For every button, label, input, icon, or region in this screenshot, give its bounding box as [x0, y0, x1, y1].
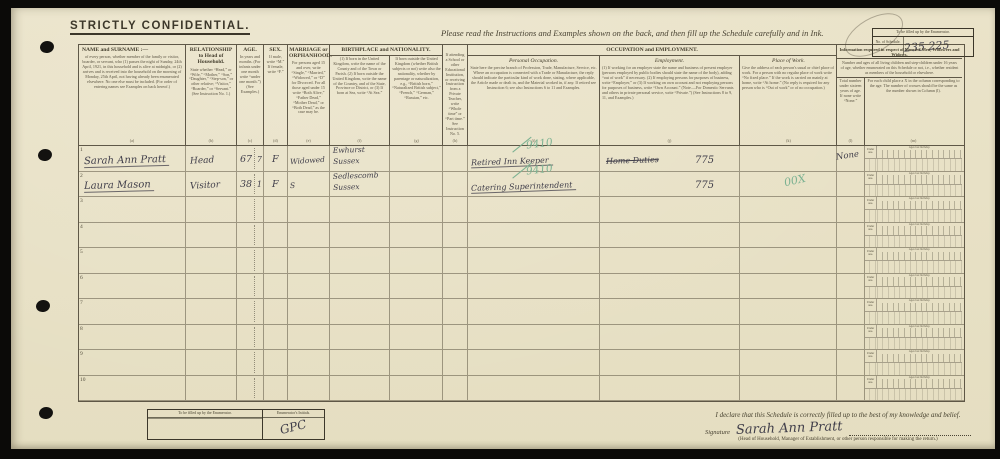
cell-sex: F [264, 172, 288, 197]
occupation-code-annotation: 9410 [525, 136, 553, 151]
cell-relationship: Head [186, 146, 237, 171]
cell-marriage [288, 248, 330, 273]
cell-sex [264, 274, 288, 299]
column-group-occupation-employment: OCCUPATION and EMPLOYMENT. Personal Occu… [468, 45, 837, 145]
cell-sex [264, 299, 288, 324]
fill-in-instruction: Please read the Instructions and Example… [441, 28, 841, 38]
cell-occupation [468, 223, 600, 248]
cell-age [237, 223, 264, 248]
cell-sex [264, 350, 288, 375]
summary-heading: To be filled up by the Enumerator. [148, 410, 262, 418]
cell-occupation [468, 197, 600, 222]
under-one-label: Under one. [865, 146, 877, 158]
under-one-label: Under one. [865, 274, 877, 286]
children-ages-cells [865, 261, 962, 273]
column-header-children-ages: For each child place a X in the column c… [865, 78, 962, 145]
cell-education [443, 376, 468, 401]
under-one-label: Under one. [865, 197, 877, 209]
cell-birthplace [330, 350, 390, 375]
cell-birthplace: Sedlescomb Sussex [330, 172, 390, 197]
cell-children-ages-grid: Under one. Ages last birthday. [865, 172, 962, 197]
children-total-entry: None [835, 149, 859, 162]
row-number: 7 [80, 300, 83, 306]
cell-sex [264, 325, 288, 350]
cell-children-total [837, 223, 865, 248]
cell-relationship [186, 223, 237, 248]
cell-relationship [186, 274, 237, 299]
children-ages-cells [865, 312, 962, 324]
age-tick-label [955, 226, 961, 234]
age-months-entry: 1 [257, 180, 262, 189]
age-tick-label [955, 201, 961, 209]
cell-employment: 775 [600, 172, 740, 197]
cell-marriage [288, 325, 330, 350]
cell-relationship [186, 248, 237, 273]
column-header-sex: SEX. If male, write “M.” If female, writ… [264, 45, 288, 145]
table-row: 6 [79, 274, 964, 300]
declaration-text: I declare that this Schedule is correctl… [699, 411, 977, 419]
cell-place-of-work: 00X [740, 172, 837, 197]
cell-name: 8 [79, 325, 186, 350]
cell-place-of-work [740, 274, 837, 299]
place-of-work-code-annotation: 00X [783, 171, 807, 188]
column-header-marriage: MARRIAGE or ORPHANHOOD. For persons aged… [288, 45, 330, 145]
cell-children-ages-grid: Under one. Ages last birthday. [865, 325, 962, 350]
occupation-code-annotation: 9410 [525, 162, 553, 177]
cell-birthplace [330, 197, 390, 222]
cell-marriage [288, 274, 330, 299]
cell-sex: F [264, 146, 288, 171]
children-ages-cells [865, 159, 962, 171]
cell-occupation [468, 376, 600, 401]
cell-birthplace [330, 325, 390, 350]
children-ages-cells [865, 338, 962, 350]
cell-employment [600, 197, 740, 222]
cell-nationality [390, 172, 443, 197]
cell-occupation [468, 274, 600, 299]
age-tick-label [955, 150, 961, 158]
birthplace-entry: Sedlescomb Sussex [333, 169, 390, 193]
employment-code-entry: 775 [695, 155, 714, 166]
cell-birthplace [330, 274, 390, 299]
cell-name: 6 [79, 274, 186, 299]
cell-relationship [186, 197, 237, 222]
cell-age [237, 197, 264, 222]
cell-name: 9 [79, 350, 186, 375]
signature-dotted-line [849, 425, 971, 436]
row-number: 3 [80, 198, 83, 204]
cell-age [237, 274, 264, 299]
cell-education [443, 146, 468, 171]
cell-children-total: None [837, 146, 865, 171]
cell-children-total [837, 299, 865, 324]
column-header-relationship: RELATIONSHIP to Head of Household. State… [186, 45, 237, 145]
table-row: 7 [79, 299, 964, 325]
name-entry: Sarah Ann Pratt [84, 153, 169, 167]
cell-children-total [837, 325, 865, 350]
cell-children-ages-grid: Under one. Ages last birthday. [865, 299, 962, 324]
sex-entry: F [272, 154, 279, 165]
marriage-entry: S [290, 181, 296, 190]
table-row: 5 [79, 248, 964, 274]
children-ages-cells [865, 236, 962, 248]
cell-birthplace: Ewhurst Sussex [330, 146, 390, 171]
cell-birthplace [330, 248, 390, 273]
cell-name: 7 [79, 299, 186, 324]
cell-age: 67 7 [237, 146, 264, 171]
cell-employment [600, 325, 740, 350]
cell-relationship [186, 376, 237, 401]
enumerator-summary-box: To be filled up by the Enumerator. Enume… [147, 409, 325, 440]
cell-children-ages-grid: Under one. Ages last birthday. [865, 376, 962, 401]
cell-place-of-work [740, 197, 837, 222]
cell-employment: Home Duties 775 [600, 146, 740, 171]
cell-place-of-work [740, 350, 837, 375]
cell-place-of-work [740, 299, 837, 324]
column-header-age: AGE. In years and months. (For infants u… [237, 45, 264, 145]
age-tick-label [955, 252, 961, 260]
cell-name: 4 [79, 223, 186, 248]
cell-children-total [837, 274, 865, 299]
cell-age [237, 325, 264, 350]
classification-title: STRICTLY CONFIDENTIAL. [70, 20, 250, 35]
cell-marriage [288, 376, 330, 401]
column-header-children-total: Total number under sixteen years of age.… [837, 78, 865, 145]
cell-education [443, 197, 468, 222]
cell-place-of-work [740, 325, 837, 350]
children-ages-cells [865, 363, 962, 375]
punch-hole [38, 406, 54, 421]
punch-hole [37, 148, 53, 163]
cell-education [443, 325, 468, 350]
age-years-entry: 67 [240, 154, 252, 165]
row-number: 4 [80, 224, 83, 230]
cell-employment [600, 299, 740, 324]
cell-sex [264, 223, 288, 248]
cell-marriage [288, 197, 330, 222]
under-one-label: Under one. [865, 299, 877, 311]
schedule-box-heading: To be filled up by the Enumerator. [873, 29, 973, 37]
cell-nationality [390, 376, 443, 401]
cell-children-ages-grid: Under one. Ages last birthday. [865, 197, 962, 222]
cell-nationality [390, 274, 443, 299]
table-header: NAME and SURNAME :— of every person, whe… [79, 45, 964, 146]
column-header-place-of-work: Place of Work. Give the address of each … [740, 56, 837, 145]
under-one-label: Under one. [865, 376, 877, 388]
age-tick-label [955, 379, 961, 387]
children-ages-cells [865, 210, 962, 222]
age-months-entry: 7 [257, 155, 262, 164]
declaration-block: I declare that this Schedule is correctl… [699, 411, 977, 442]
cell-sex [264, 197, 288, 222]
under-one-label: Under one. [865, 223, 877, 235]
column-group-children-of-married: Information required in respect of Marri… [837, 45, 962, 145]
table-row: 3 [79, 197, 964, 223]
cell-children-ages-grid: Under one. Ages last birthday. [865, 223, 962, 248]
cell-nationality [390, 248, 443, 273]
cell-name: 2 Laura Mason [79, 172, 186, 197]
children-ages-cells [865, 287, 962, 299]
cell-relationship [186, 325, 237, 350]
age-tick-label [955, 277, 961, 285]
cell-employment [600, 376, 740, 401]
cell-marriage: S [288, 172, 330, 197]
signature-entry: Sarah Ann Pratt [736, 419, 843, 438]
cell-relationship: Visitor [186, 172, 237, 197]
name-entry: Laura Mason [84, 179, 154, 193]
cell-marriage [288, 350, 330, 375]
row-number: 2 [80, 173, 83, 179]
cell-place-of-work [740, 248, 837, 273]
cell-name: 3 [79, 197, 186, 222]
column-header-employment: Employment. (1) If working for an employ… [600, 56, 740, 145]
cell-nationality [390, 299, 443, 324]
cell-name: 1 Sarah Ann Pratt [79, 146, 186, 171]
cell-children-total [837, 197, 865, 222]
cell-marriage [288, 299, 330, 324]
row-number: 1 [80, 147, 83, 153]
age-tick-label [955, 354, 961, 362]
age-tick-label [955, 175, 961, 183]
cell-relationship [186, 350, 237, 375]
cell-age [237, 376, 264, 401]
table-row: 10 [79, 376, 964, 402]
cell-sex [264, 248, 288, 273]
cell-age: 38 1 [237, 172, 264, 197]
column-header-nationality: If born outside the United Kingdom (whet… [390, 56, 443, 145]
cell-children-ages-grid: Under one. Ages last birthday. [865, 350, 962, 375]
cell-relationship [186, 299, 237, 324]
age-tick-label [955, 303, 961, 311]
table-row: 9 [79, 350, 964, 376]
column-header-personal-occupation: Personal Occupation. State here the prec… [468, 56, 600, 145]
row-number: 9 [80, 351, 83, 357]
cell-children-total [837, 172, 865, 197]
table-row: 2 Laura Mason Visitor 38 1 F S [79, 172, 964, 198]
cell-marriage: Widowed [288, 146, 330, 171]
cell-marriage [288, 223, 330, 248]
table-row: 4 [79, 223, 964, 249]
cell-place-of-work [740, 376, 837, 401]
column-group-birthplace-nationality: BIRTHPLACE and NATIONALITY. (1) If born … [330, 45, 443, 145]
cell-employment [600, 248, 740, 273]
row-number: 10 [80, 377, 86, 383]
age-years-entry: 38 [240, 179, 252, 190]
signature-label: Signature [705, 429, 730, 436]
punch-hole [39, 40, 55, 55]
marriage-entry: Widowed [290, 154, 325, 165]
cell-employment [600, 223, 740, 248]
cell-nationality [390, 197, 443, 222]
cell-birthplace [330, 299, 390, 324]
cell-sex [264, 376, 288, 401]
punch-hole [35, 299, 51, 314]
cell-education [443, 248, 468, 273]
employment-entry: Home Duties [606, 155, 659, 166]
cell-nationality [390, 146, 443, 171]
cell-place-of-work [740, 223, 837, 248]
cell-education [443, 350, 468, 375]
census-schedule-table: NAME and SURNAME :— of every person, whe… [78, 44, 965, 402]
column-header-education: If attending a School or other Education… [443, 45, 468, 145]
row-number: 8 [80, 326, 83, 332]
under-one-label: Under one. [865, 325, 877, 337]
employment-code-entry: 775 [695, 180, 714, 191]
cell-children-total [837, 376, 865, 401]
birthplace-entry: Ewhurst Sussex [333, 143, 390, 167]
cell-occupation [468, 350, 600, 375]
cell-children-ages-grid: Under one. Ages last birthday. [865, 274, 962, 299]
census-schedule-scan: STRICTLY CONFIDENTIAL. Please read the I… [0, 0, 1000, 459]
column-header-birthplace: (1) If born in the United Kingdom, write… [330, 56, 390, 145]
cell-occupation [468, 299, 600, 324]
column-header-name: NAME and SURNAME :— of every person, whe… [79, 45, 186, 145]
cell-name: 10 [79, 376, 186, 401]
paper-sheet: STRICTLY CONFIDENTIAL. Please read the I… [11, 8, 995, 449]
cell-birthplace [330, 376, 390, 401]
cell-age [237, 299, 264, 324]
under-one-label: Under one. [865, 172, 877, 184]
children-ages-cells [865, 185, 962, 197]
row-number: 6 [80, 275, 83, 281]
cell-children-total [837, 350, 865, 375]
cell-occupation [468, 325, 600, 350]
cell-age [237, 350, 264, 375]
cell-children-ages-grid: Under one. Ages last birthday. [865, 248, 962, 273]
cell-occupation [468, 248, 600, 273]
under-one-label: Under one. [865, 248, 877, 260]
cell-education [443, 223, 468, 248]
cell-education [443, 274, 468, 299]
cell-name: 5 [79, 248, 186, 273]
children-ages-cells [865, 389, 962, 401]
cell-children-ages-grid: Under one. Ages last birthday. [865, 146, 962, 171]
cell-nationality [390, 325, 443, 350]
table-row: 1 Sarah Ann Pratt Head 67 7 F Widowed [79, 146, 964, 172]
cell-employment [600, 274, 740, 299]
cell-occupation: Catering Superintendent 9410 [468, 172, 600, 197]
occupation-entry: Catering Superintendent [471, 180, 577, 194]
age-tick-label [955, 328, 961, 336]
cell-education [443, 299, 468, 324]
row-number: 5 [80, 249, 83, 255]
cell-employment [600, 350, 740, 375]
cell-birthplace [330, 223, 390, 248]
sex-entry: F [272, 179, 279, 190]
table-row: 8 [79, 325, 964, 351]
cell-education [443, 172, 468, 197]
cell-children-total [837, 248, 865, 273]
under-one-label: Under one. [865, 350, 877, 362]
cell-place-of-work [740, 146, 837, 171]
relationship-entry: Head [190, 155, 215, 166]
cell-nationality [390, 223, 443, 248]
cell-nationality [390, 350, 443, 375]
cell-age [237, 248, 264, 273]
relationship-entry: Visitor [190, 180, 221, 192]
signature-note: (Head of Household, Manager of Establish… [699, 437, 977, 442]
